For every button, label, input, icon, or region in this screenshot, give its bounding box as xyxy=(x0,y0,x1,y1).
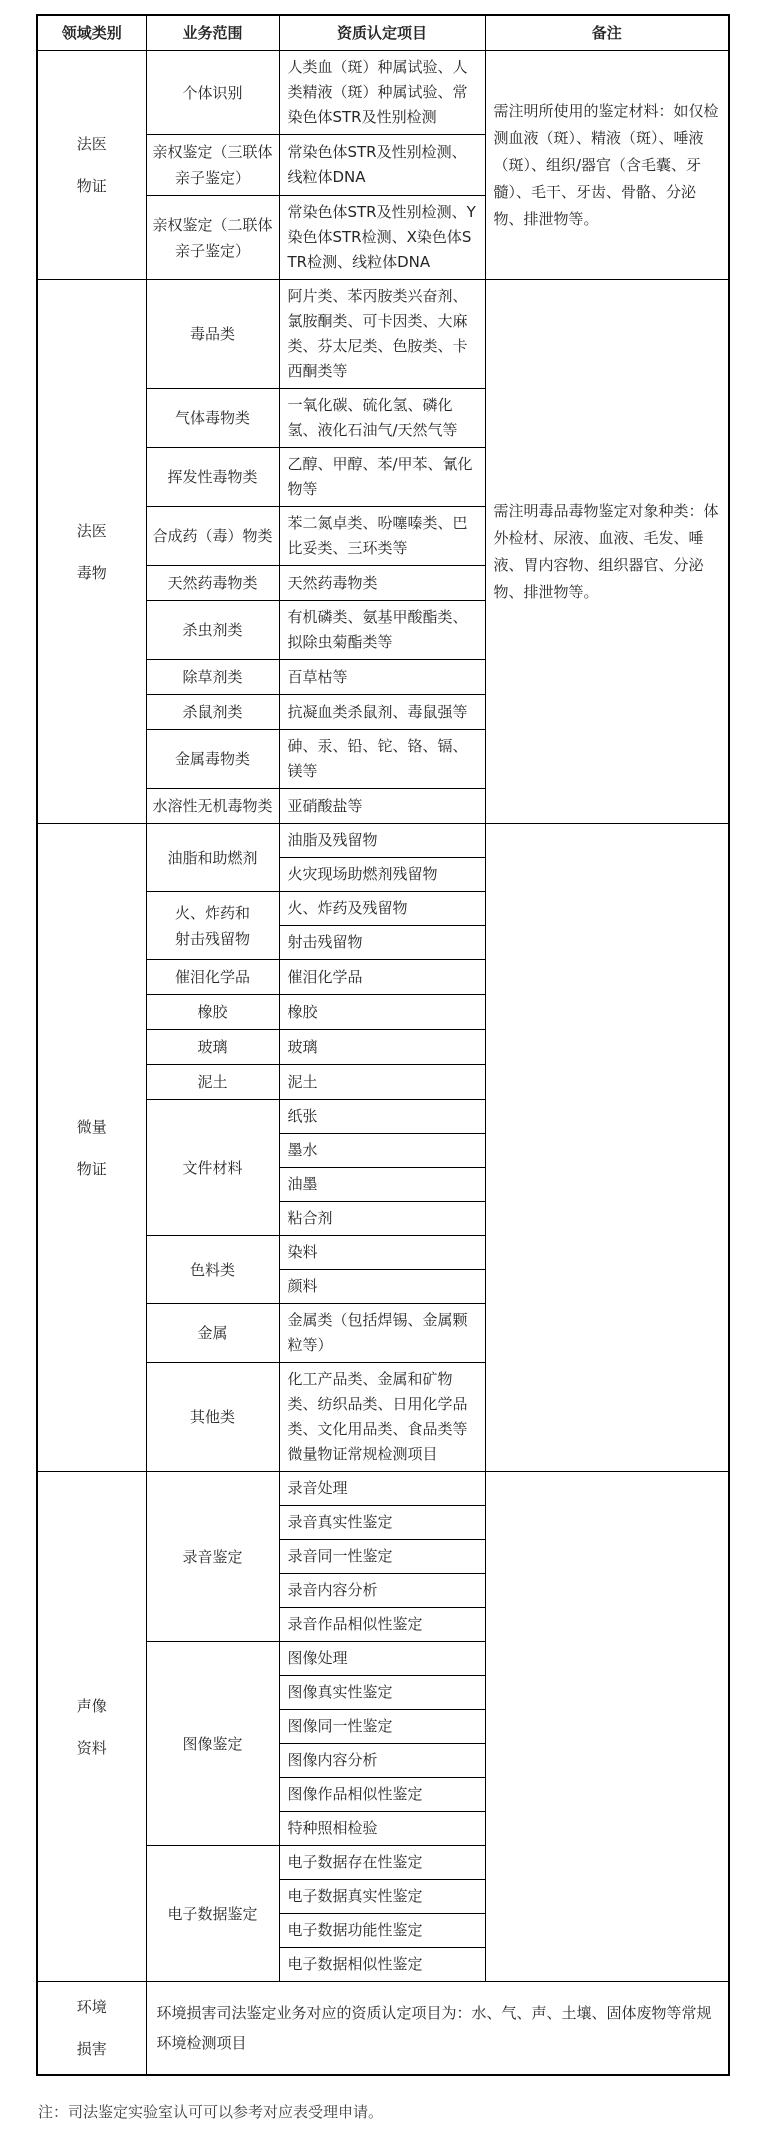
item-cell: 常染色体STR及性别检测、Y染色体STR检测、X染色体STR检测、线粒体DNA xyxy=(279,196,485,280)
item-cell: 火、炸药及残留物 xyxy=(279,892,485,926)
item-cell: 电子数据真实性鉴定 xyxy=(279,1880,485,1914)
scope-cell: 挥发性毒物类 xyxy=(146,448,279,507)
scope-cell: 其他类 xyxy=(146,1363,279,1472)
scope-cell: 天然药毒物类 xyxy=(146,566,279,601)
item-cell: 有机磷类、氨基甲酸酯类、拟除虫菊酯类等 xyxy=(279,601,485,660)
scope-cell: 金属毒物类 xyxy=(146,730,279,789)
scope-cell: 亲权鉴定（二联体亲子鉴定） xyxy=(146,196,279,280)
remark-cell: 需注明所使用的鉴定材料：如仅检测血液（斑）、精液（斑）、唾液（斑）、组织/器官（… xyxy=(485,51,729,280)
scope-cell: 金属 xyxy=(146,1304,279,1363)
domain-cell: 声像 资料 xyxy=(37,1472,146,1982)
table-header-row: 领域类别 业务范围 资质认定项目 备注 xyxy=(37,15,729,51)
header-qualification-items: 资质认定项目 xyxy=(279,15,485,51)
item-cell: 苯二氮卓类、吩噻嗪类、巴比妥类、三环类等 xyxy=(279,507,485,566)
item-cell: 玻璃 xyxy=(279,1030,485,1065)
scope-cell: 玻璃 xyxy=(146,1030,279,1065)
item-cell: 抗凝血类杀鼠剂、毒鼠强等 xyxy=(279,695,485,730)
item-cell: 化工产品类、金属和矿物类、纺织品类、日用化学品类、文化用品类、食品类等微量物证常… xyxy=(279,1363,485,1472)
item-cell: 百草枯等 xyxy=(279,660,485,695)
table-body: 法医 物证个体识别人类血（斑）种属试验、人类精液（斑）种属试验、常染色体STR及… xyxy=(37,51,729,2076)
item-cell: 电子数据相似性鉴定 xyxy=(279,1948,485,1982)
item-cell: 天然药毒物类 xyxy=(279,566,485,601)
item-cell: 特种照相检验 xyxy=(279,1812,485,1846)
item-cell: 录音内容分析 xyxy=(279,1574,485,1608)
item-cell: 油墨 xyxy=(279,1168,485,1202)
item-cell: 图像作品相似性鉴定 xyxy=(279,1778,485,1812)
scope-cell: 文件材料 xyxy=(146,1100,279,1236)
item-cell: 阿片类、苯丙胺类兴奋剂、氯胺酮类、可卡因类、大麻类、芬太尼类、色胺类、卡西酮类等 xyxy=(279,280,485,389)
scope-cell: 图像鉴定 xyxy=(146,1642,279,1846)
scope-cell: 色料类 xyxy=(146,1236,279,1304)
scope-cell: 气体毒物类 xyxy=(146,389,279,448)
scope-cell: 杀鼠剂类 xyxy=(146,695,279,730)
item-cell: 图像同一性鉴定 xyxy=(279,1710,485,1744)
scope-cell: 个体识别 xyxy=(146,51,279,135)
item-cell: 染料 xyxy=(279,1236,485,1270)
header-business-scope: 业务范围 xyxy=(146,15,279,51)
header-domain-category: 领域类别 xyxy=(37,15,146,51)
scope-cell: 橡胶 xyxy=(146,995,279,1030)
remark-cell: 需注明毒品毒物鉴定对象种类：体外检材、尿液、血液、毛发、唾液、胃内容物、组织器官… xyxy=(485,280,729,824)
item-cell: 图像处理 xyxy=(279,1642,485,1676)
remark-cell xyxy=(485,824,729,1472)
domain-cell: 环境 损害 xyxy=(37,1982,146,2076)
table-row: 领域类别 业务范围 资质认定项目 备注 xyxy=(37,15,729,51)
item-cell: 金属类（包括焊锡、金属颗粒等） xyxy=(279,1304,485,1363)
item-cell: 砷、汞、铅、铊、铬、镉、镁等 xyxy=(279,730,485,789)
scope-cell: 亲权鉴定（三联体亲子鉴定） xyxy=(146,135,279,196)
scope-cell: 录音鉴定 xyxy=(146,1472,279,1642)
domain-cell: 法医 物证 xyxy=(37,51,146,280)
item-cell: 常染色体STR及性别检测、线粒体DNA xyxy=(279,135,485,196)
item-cell: 电子数据存在性鉴定 xyxy=(279,1846,485,1880)
item-cell: 泥土 xyxy=(279,1065,485,1100)
scope-cell: 毒品类 xyxy=(146,280,279,389)
header-remarks: 备注 xyxy=(485,15,729,51)
item-cell: 乙醇、甲醇、苯/甲苯、氰化物等 xyxy=(279,448,485,507)
scope-cell: 油脂和助燃剂 xyxy=(146,824,279,892)
scope-cell: 催泪化学品 xyxy=(146,960,279,995)
domain-cell: 法医 毒物 xyxy=(37,280,146,824)
item-cell: 电子数据功能性鉴定 xyxy=(279,1914,485,1948)
page: 领域类别 业务范围 资质认定项目 备注 法医 物证个体识别人类血（斑）种属试验、… xyxy=(0,0,764,2152)
item-cell: 人类血（斑）种属试验、人类精液（斑）种属试验、常染色体STR及性别检测 xyxy=(279,51,485,135)
table-row: 法医 物证个体识别人类血（斑）种属试验、人类精液（斑）种属试验、常染色体STR及… xyxy=(37,51,729,135)
item-cell: 录音处理 xyxy=(279,1472,485,1506)
item-cell: 录音同一性鉴定 xyxy=(279,1540,485,1574)
scope-cell: 泥土 xyxy=(146,1065,279,1100)
qualification-table: 领域类别 业务范围 资质认定项目 备注 法医 物证个体识别人类血（斑）种属试验、… xyxy=(36,14,730,2076)
table-row: 环境 损害环境损害司法鉴定业务对应的资质认定项目为：水、气、声、土壤、固体废物等… xyxy=(37,1982,729,2076)
item-cell: 油脂及残留物 xyxy=(279,824,485,858)
merged-row-cell: 环境损害司法鉴定业务对应的资质认定项目为：水、气、声、土壤、固体废物等常规环境检… xyxy=(146,1982,729,2076)
item-cell: 橡胶 xyxy=(279,995,485,1030)
item-cell: 颜料 xyxy=(279,1270,485,1304)
table-row: 声像 资料录音鉴定录音处理 xyxy=(37,1472,729,1506)
item-cell: 录音真实性鉴定 xyxy=(279,1506,485,1540)
scope-cell: 火、炸药和 射击残留物 xyxy=(146,892,279,960)
remark-cell xyxy=(485,1472,729,1982)
item-cell: 图像真实性鉴定 xyxy=(279,1676,485,1710)
scope-cell: 水溶性无机毒物类 xyxy=(146,789,279,824)
item-cell: 催泪化学品 xyxy=(279,960,485,995)
item-cell: 图像内容分析 xyxy=(279,1744,485,1778)
footnote: 注：司法鉴定实验室认可可以参考对应表受理申请。 xyxy=(38,2102,728,2122)
item-cell: 纸张 xyxy=(279,1100,485,1134)
item-cell: 火灾现场助燃剂残留物 xyxy=(279,858,485,892)
item-cell: 粘合剂 xyxy=(279,1202,485,1236)
item-cell: 射击残留物 xyxy=(279,926,485,960)
domain-cell: 微量 物证 xyxy=(37,824,146,1472)
item-cell: 墨水 xyxy=(279,1134,485,1168)
item-cell: 一氧化碳、硫化氢、磷化氢、液化石油气/天然气等 xyxy=(279,389,485,448)
scope-cell: 杀虫剂类 xyxy=(146,601,279,660)
scope-cell: 合成药（毒）物类 xyxy=(146,507,279,566)
scope-cell: 除草剂类 xyxy=(146,660,279,695)
item-cell: 亚硝酸盐等 xyxy=(279,789,485,824)
scope-cell: 电子数据鉴定 xyxy=(146,1846,279,1982)
table-row: 法医 毒物毒品类阿片类、苯丙胺类兴奋剂、氯胺酮类、可卡因类、大麻类、芬太尼类、色… xyxy=(37,280,729,389)
table-row: 微量 物证油脂和助燃剂油脂及残留物 xyxy=(37,824,729,858)
item-cell: 录音作品相似性鉴定 xyxy=(279,1608,485,1642)
